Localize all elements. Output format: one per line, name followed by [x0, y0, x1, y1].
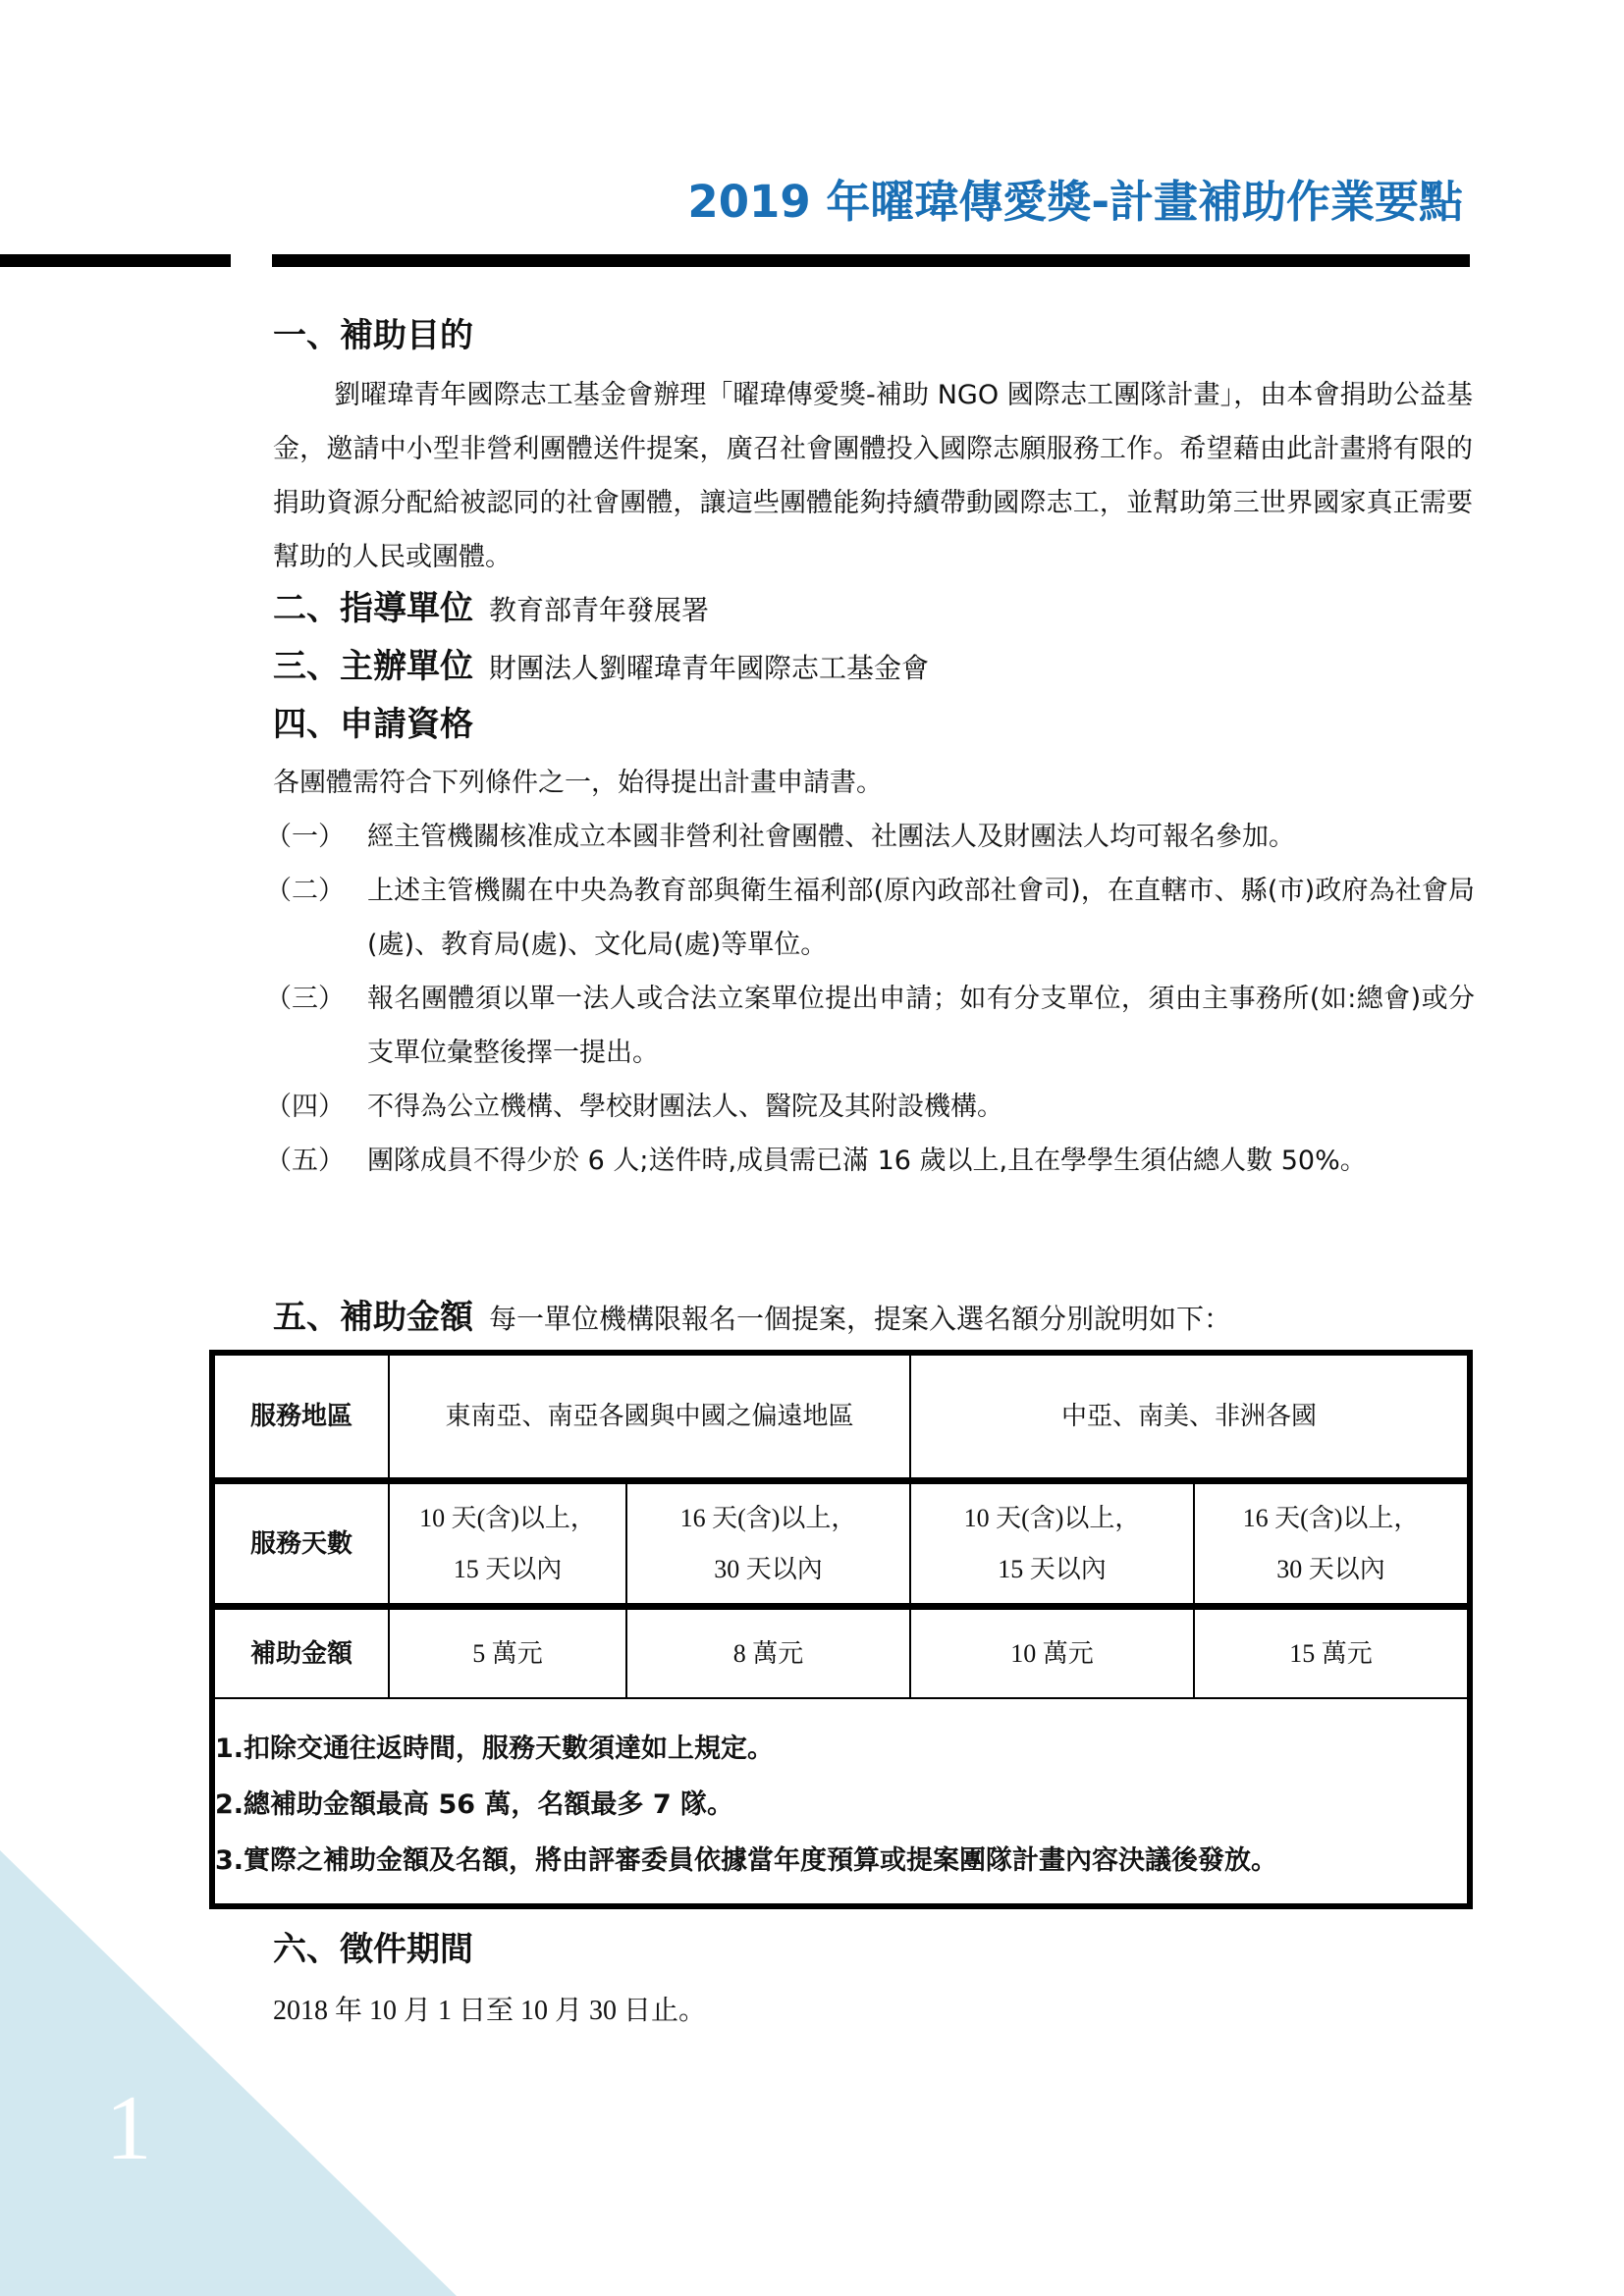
- days-cell: 16 天(含)以上， 30 天以內: [1195, 1484, 1467, 1603]
- note-item: 2.總補助金額最高 56 萬，名額最多 7 隊。: [215, 1777, 1467, 1833]
- section-heading-guidance: 二、指導單位: [273, 589, 473, 628]
- item-text: 經主管機關核准成立本國非營利社會團體、社團法人及財團法人均可報名參加。: [367, 810, 1475, 864]
- days-line: 16 天(含)以上，: [1243, 1493, 1420, 1544]
- amount-cell: 10 萬元: [911, 1610, 1195, 1697]
- table-row-region: 服務地區 東南亞、南亞各國與中國之偏遠地區 中亞、南美、非洲各國: [215, 1356, 1467, 1484]
- days-line: 30 天以內: [714, 1544, 823, 1595]
- days-cell: 10 天(含)以上， 15 天以內: [390, 1484, 627, 1603]
- guidance-unit-value: 教育部青年發展署: [489, 594, 709, 626]
- days-cell: 16 天(含)以上， 30 天以內: [627, 1484, 911, 1603]
- corner-decoration: [0, 1850, 457, 2296]
- submission-period: 2018 年 10 月 1 日至 10 月 30 日止。: [273, 1990, 706, 2033]
- row-header-region: 服務地區: [215, 1356, 390, 1477]
- eligibility-intro: 各團體需符合下列條件之一，始得提出計畫申請書。: [273, 756, 1473, 810]
- days-line: 15 天以內: [454, 1544, 563, 1595]
- eligibility-item: （二） 上述主管機關在中央為教育部與衛生福利部(原內政部社會司)，在直轄市、縣(…: [265, 864, 1475, 972]
- days-line: 16 天(含)以上，: [680, 1493, 857, 1544]
- item-text: 報名團體須以單一法人或合法立案單位提出申請；如有分支單位，須由主事務所(如:總會…: [367, 972, 1475, 1080]
- table-row-amount: 補助金額 5 萬元 8 萬元 10 萬元 15 萬元: [215, 1610, 1467, 1699]
- eligibility-item: （一） 經主管機關核准成立本國非營利社會團體、社團法人及財團法人均可報名參加。: [265, 810, 1475, 864]
- item-text: 上述主管機關在中央為教育部與衛生福利部(原內政部社會司)，在直轄市、縣(市)政府…: [367, 864, 1475, 972]
- eligibility-item: （三） 報名團體須以單一法人或合法立案單位提出申請；如有分支單位，須由主事務所(…: [265, 972, 1475, 1080]
- table-row-days: 服務天數 10 天(含)以上， 15 天以內 16 天(含)以上， 30 天以內…: [215, 1484, 1467, 1610]
- days-cell: 10 天(含)以上， 15 天以內: [911, 1484, 1195, 1603]
- amount-cell: 8 萬元: [627, 1610, 911, 1697]
- row-header-days: 服務天數: [215, 1484, 390, 1603]
- purpose-paragraph: 劉曜瑋青年國際志工基金會辦理「曜瑋傳愛獎-補助 NGO 國際志工團隊計畫」，由本…: [273, 368, 1473, 584]
- days-line: 10 天(含)以上，: [419, 1493, 596, 1544]
- region-cell: 東南亞、南亞各國與中國之偏遠地區: [390, 1356, 911, 1477]
- region-cell: 中亞、南美、非洲各國: [911, 1356, 1467, 1477]
- item-text: 不得為公立機構、學校財團法人、醫院及其附設機構。: [367, 1080, 1475, 1134]
- header-rule-right: [272, 254, 1470, 267]
- grant-description: 每一單位機構限報名一個提案，提案入選名額分別說明如下：: [489, 1303, 1231, 1335]
- days-line: 30 天以內: [1276, 1544, 1385, 1595]
- section-heading-organizer: 三、主辦單位: [273, 647, 473, 686]
- amount-cell: 15 萬元: [1195, 1610, 1467, 1697]
- item-number: （五）: [265, 1134, 367, 1188]
- header-rule-left: [0, 254, 231, 267]
- row-header-amount: 補助金額: [215, 1610, 390, 1697]
- page-number: 1: [94, 2079, 163, 2177]
- section-grant-amount: 五、補助金額每一單位機構限報名一個提案，提案入選名額分別說明如下：: [273, 1296, 1231, 1341]
- section-heading-purpose: 一、補助目的: [273, 314, 473, 357]
- document-title: 2019 年曜瑋傳愛獎-計畫補助作業要點: [589, 173, 1463, 232]
- note-item: 1.扣除交通往返時間，服務天數須達如上規定。: [215, 1721, 1467, 1777]
- eligibility-item: （五） 團隊成員不得少於 6 人;送件時,成員需已滿 16 歲以上,且在學學生須…: [265, 1134, 1475, 1188]
- table-notes: 1.扣除交通往返時間，服務天數須達如上規定。 2.總補助金額最高 56 萬，名額…: [215, 1699, 1467, 1903]
- item-number: （四）: [265, 1080, 367, 1134]
- section-heading-eligibility: 四、申請資格: [273, 703, 473, 746]
- eligibility-item: （四） 不得為公立機構、學校財團法人、醫院及其附設機構。: [265, 1080, 1475, 1134]
- days-line: 15 天以內: [998, 1544, 1107, 1595]
- section-heading-period: 六、徵件期間: [273, 1928, 473, 1971]
- grant-table: 服務地區 東南亞、南亞各國與中國之偏遠地區 中亞、南美、非洲各國 服務天數 10…: [209, 1350, 1473, 1909]
- section-guidance-unit: 二、指導單位教育部青年發展署: [273, 587, 709, 632]
- item-number: （三）: [265, 972, 367, 1080]
- organizer-value: 財團法人劉曜瑋青年國際志工基金會: [489, 652, 929, 684]
- item-text: 團隊成員不得少於 6 人;送件時,成員需已滿 16 歲以上,且在學學生須佔總人數…: [367, 1134, 1475, 1188]
- section-organizer: 三、主辦單位財團法人劉曜瑋青年國際志工基金會: [273, 645, 929, 690]
- note-item: 3.實際之補助金額及名額，將由評審委員依據當年度預算或提案團隊計畫內容決議後發放…: [215, 1833, 1467, 1889]
- days-line: 10 天(含)以上，: [964, 1493, 1141, 1544]
- amount-cell: 5 萬元: [390, 1610, 627, 1697]
- item-number: （二）: [265, 864, 367, 972]
- item-number: （一）: [265, 810, 367, 864]
- section-heading-grant: 五、補助金額: [273, 1298, 473, 1337]
